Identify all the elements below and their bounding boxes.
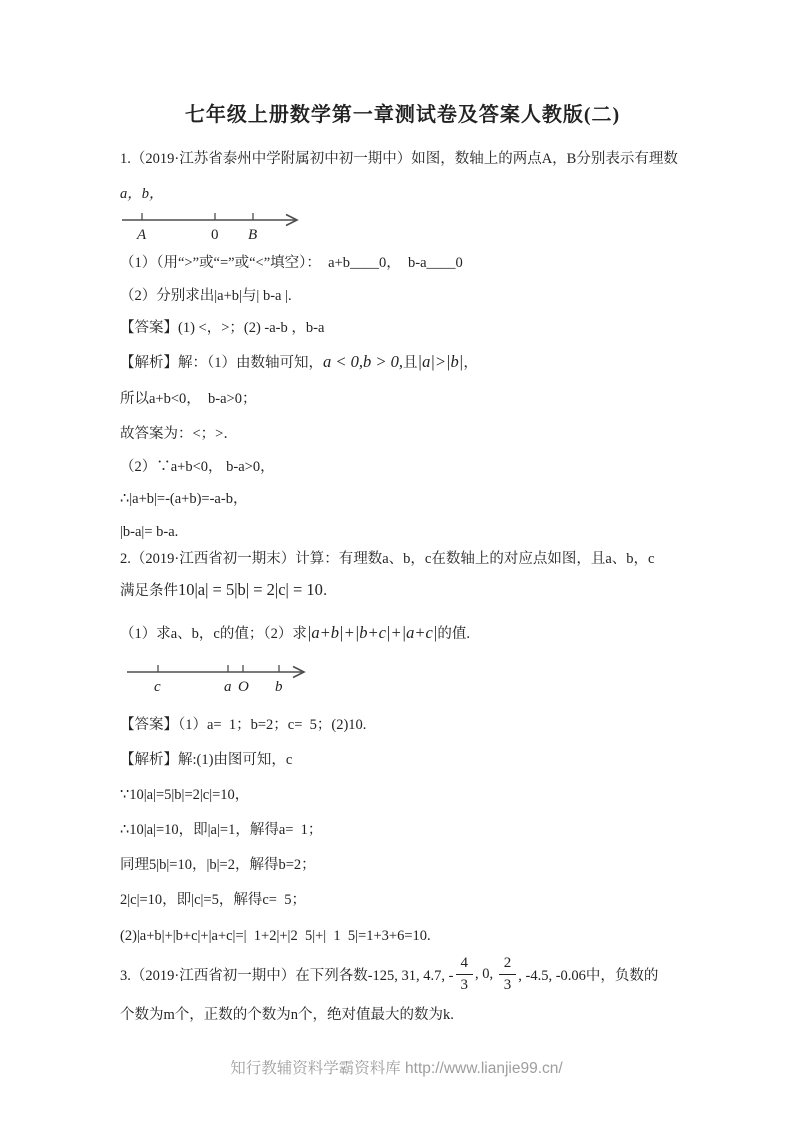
q1-analysis-line6: |b-a|= b-a.: [120, 522, 713, 542]
q3-fraction-2-3: 23: [499, 955, 517, 994]
question-3: 3.（2019·江西省初一期中）在下列各数-125, 31, 4.7, -43,…: [120, 955, 713, 1025]
q2-analysis-line2: ∵10|a|=5|b|=2|c|=10，: [120, 785, 713, 805]
number-line-2-label-c: c: [154, 679, 161, 695]
q3-fraction2-numerator: 2: [499, 955, 517, 975]
q1-analysis-line3: 故答案为：<；>．: [120, 424, 713, 444]
q3-segment1: 3.（2019·江西省初一期中）在下列各数-125, 31, 4.7, -: [120, 964, 454, 985]
q2-parts-line: （1）求a、b，c的值；（2）求|a+b|+|b+c|+|a+c|的值.: [120, 621, 713, 646]
q3-stem-line1: 3.（2019·江西省初一期中）在下列各数-125, 31, 4.7, -43,…: [120, 955, 713, 994]
q3-segment2: , 0,: [475, 966, 497, 983]
q1-part1: （1）（用“>”或“=”或“<”填空）： a+b____0， b-a____0: [120, 253, 713, 273]
q1-analysis-line2: 所以a+b<0， b-a>0；: [120, 389, 713, 409]
q1-analysis-line1: 【解析】解：（1）由数轴可知，a < 0,b > 0,且|a|>|b|，: [120, 350, 713, 375]
q2-stem-line1: 2.（2019·江西省初一期末）计算：有理数a、b，c在数轴上的对应点如图，且a…: [120, 549, 713, 569]
q2-analysis-line1: 【解析】解:(1)由图可知，c: [120, 750, 713, 770]
q3-segment3: , -4.5, -0.06中，负数的: [518, 964, 658, 985]
number-line-1-label-B: B: [248, 227, 257, 243]
number-line-2-label-b: b: [275, 679, 283, 695]
q1-analysis1-text3: ，: [463, 355, 478, 371]
q1-analysis1-math2: |a|>|b|: [418, 352, 464, 371]
q1-part2: （2）分别求出|a+b|与| b-a |.: [120, 286, 713, 306]
q1-analysis1-text2: 且: [403, 355, 418, 371]
q3-fraction2-denominator: 3: [499, 975, 517, 994]
q1-stem-line2: a，b，: [120, 184, 713, 204]
q2-analysis-line4: 同理5|b|=10，|b|=2，解得b=2；: [120, 855, 713, 875]
q2-parts-math: |a+b|+|b+c|+|a+c|: [307, 623, 438, 642]
q3-fraction1-numerator: 4: [456, 955, 474, 975]
q1-analysis1-math1: a < 0,b > 0,: [323, 352, 403, 371]
question-2: 2.（2019·江西省初一期末）计算：有理数a、b，c在数轴上的对应点如图，且a…: [120, 549, 713, 946]
q2-analysis-line6: (2)|a+b|+|b+c|+|a+c|=| 1+2|+|2 5|+| 1 5|…: [120, 926, 713, 946]
q3-fraction-4-3: 43: [456, 955, 474, 994]
page-title: 七年级上册数学第一章测试卷及答案人教版(二): [106, 98, 699, 127]
number-line-2-label-a: a: [224, 679, 232, 695]
number-line-1: A 0 B: [120, 205, 330, 245]
number-line-2: c a O b: [120, 657, 335, 699]
q1-stem-line1: 1.（2019·江苏省泰州中学附属初中初一期中）如图，数轴上的两点A，B分别表示…: [120, 149, 713, 169]
q2-answer: 【答案】（1）a= 1；b=2；c= 5；(2)10.: [120, 715, 713, 735]
q2-parts-text1: （1）求a、b，c的值；（2）求: [120, 626, 307, 642]
q1-answer: 【答案】(1) <，>；(2) -a-b ，b-a: [120, 318, 713, 338]
number-line-2-label-O: O: [238, 679, 249, 695]
document-content: 七年级上册数学第一章测试卷及答案人教版(二) 1.（2019·江苏省泰州中学附属…: [0, 0, 793, 1025]
number-line-1-label-A: A: [136, 227, 147, 243]
q2-stem2-text1: 满足条件: [120, 583, 178, 599]
q2-parts-text2: 的值.: [437, 626, 470, 642]
q3-stem-line2: 个数为m个，正数的个数为n个，绝对值最大的数为k.: [120, 1005, 713, 1025]
q1-analysis-line5: ∴|a+b|=-(a+b)=-a-b，: [120, 489, 713, 509]
question-1: 1.（2019·江苏省泰州中学附属初中初一期中）如图，数轴上的两点A，B分别表示…: [120, 149, 713, 542]
q2-analysis-line5: 2|c|=10，即|c|=5，解得c= 5；: [120, 890, 713, 910]
q2-stem2-math: 10|a| = 5|b| = 2|c| = 10: [178, 580, 323, 599]
footer-watermark: 知行教辅资料学霸资料库 http://www.lianjie99.cn/: [0, 1056, 793, 1078]
q1-analysis1-text1: 【解析】解：（1）由数轴可知，: [120, 355, 323, 371]
q2-stem2-text2: ．: [323, 583, 338, 599]
q3-fraction1-denominator: 3: [456, 975, 474, 994]
q2-stem-line2: 满足条件10|a| = 5|b| = 2|c| = 10．: [120, 578, 713, 603]
q2-analysis-line3: ∴10|a|=10，即|a|=1，解得a= 1；: [120, 820, 713, 840]
document-page: 七年级上册数学第一章测试卷及答案人教版(二) 1.（2019·江苏省泰州中学附属…: [0, 0, 793, 1122]
q1-analysis-line4: （2）∵a+b<0， b-a>0，: [120, 457, 713, 477]
number-line-1-label-0: 0: [211, 227, 219, 243]
